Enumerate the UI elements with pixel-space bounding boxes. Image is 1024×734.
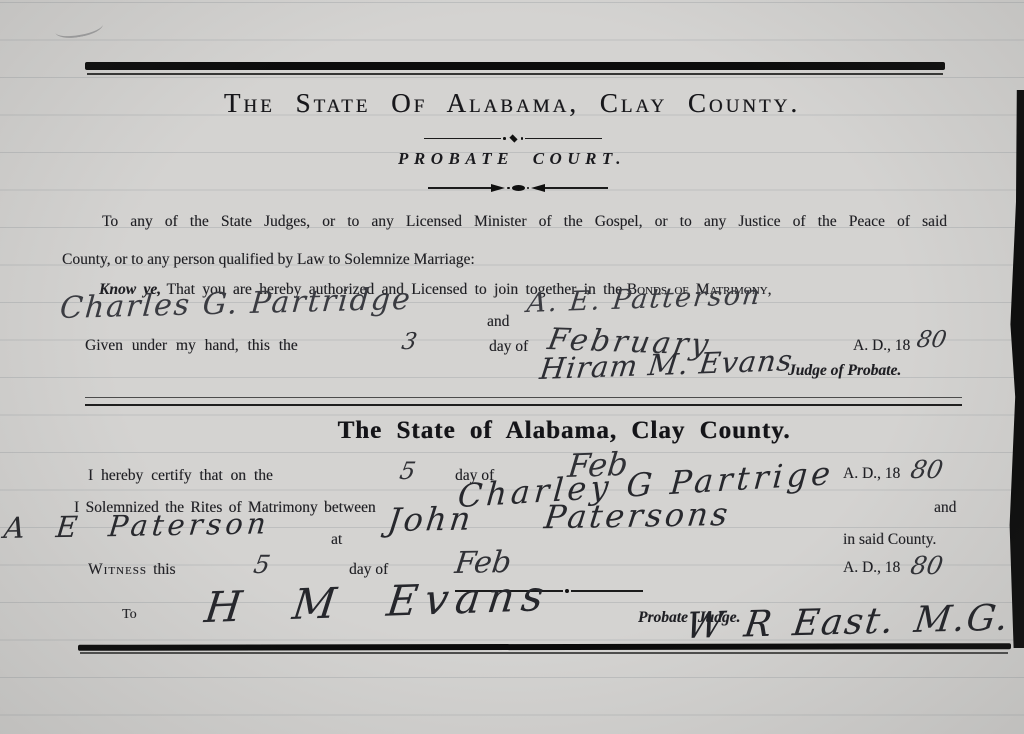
judge-of-probate-label: Judge of Probate. [788, 362, 901, 380]
divider-line [428, 187, 491, 188]
divider-diamond-icon [509, 134, 517, 142]
at-label: at [331, 531, 342, 549]
certificate-bride-handwritten: A E Paterson [2, 506, 271, 545]
certificate-year-handwritten: 80 [908, 455, 945, 484]
divider-line [545, 187, 608, 188]
probate-court-title: PROBATE COURT. [0, 149, 1024, 169]
this-word: this [153, 561, 175, 578]
divider-dot [507, 187, 510, 190]
and-label: and [487, 313, 509, 331]
scan-edge-artifact [1008, 90, 1024, 648]
license-header-title: The State Of Alabama, Clay County. [0, 88, 1024, 119]
ad-year-label: A. D., 18 [843, 559, 900, 577]
in-said-county-label: in said County. [843, 531, 936, 549]
certify-label: I hereby certify that on the [88, 467, 273, 485]
divider-line [571, 590, 643, 591]
divider-line [525, 138, 602, 139]
license-day-handwritten: 3 [400, 329, 419, 355]
ad-year-label: A. D., 18 [843, 465, 900, 483]
divider-arrow-left-icon [531, 184, 545, 192]
probate-court-divider [428, 183, 608, 193]
addressee-line-2: County, or to any person qualified by La… [62, 251, 475, 269]
divider-line [424, 138, 501, 139]
divider-dot [565, 589, 569, 593]
day-of-label: day of [489, 338, 528, 356]
witness-this-label: Witnessthis [88, 561, 176, 579]
witness-day-handwritten: 5 [251, 550, 272, 579]
license-year-handwritten: 80 [915, 327, 949, 353]
to-label: To [122, 607, 137, 623]
marriage-license-document: The State Of Alabama, Clay County. PROBA… [0, 0, 1024, 734]
bottom-rule [78, 643, 1011, 651]
and-label: and [934, 499, 956, 517]
witness-year-handwritten: 80 [908, 551, 945, 580]
place-name-handwritten: John Patersons [386, 495, 733, 539]
witness-word: Witness [88, 561, 147, 578]
top-rule [85, 62, 945, 70]
divider-dot [527, 187, 530, 190]
addressee-line-1: To any of the State Judges, or to any Li… [102, 213, 947, 231]
divider-dot [503, 137, 506, 140]
certificate-header-title: The State of Alabama, Clay County. [52, 417, 1024, 445]
pencil-mark [54, 16, 104, 41]
ad-year-label: A. D., 18 [853, 337, 910, 355]
header-divider [424, 134, 602, 143]
bottom-rule-thin [80, 652, 1008, 654]
divider-oval-icon [512, 185, 525, 191]
given-under-label: Given under my hand, this the [85, 337, 298, 355]
top-rule-thin [87, 73, 943, 75]
certificate-day-handwritten: 5 [398, 457, 418, 485]
divider-arrow-right-icon [491, 184, 505, 192]
divider-dot [521, 137, 524, 140]
to-name-handwritten: H M Evans [202, 571, 553, 632]
section-divider-rule [85, 397, 962, 406]
minister-signature-handwritten: W R East. M.G. [683, 597, 1012, 647]
